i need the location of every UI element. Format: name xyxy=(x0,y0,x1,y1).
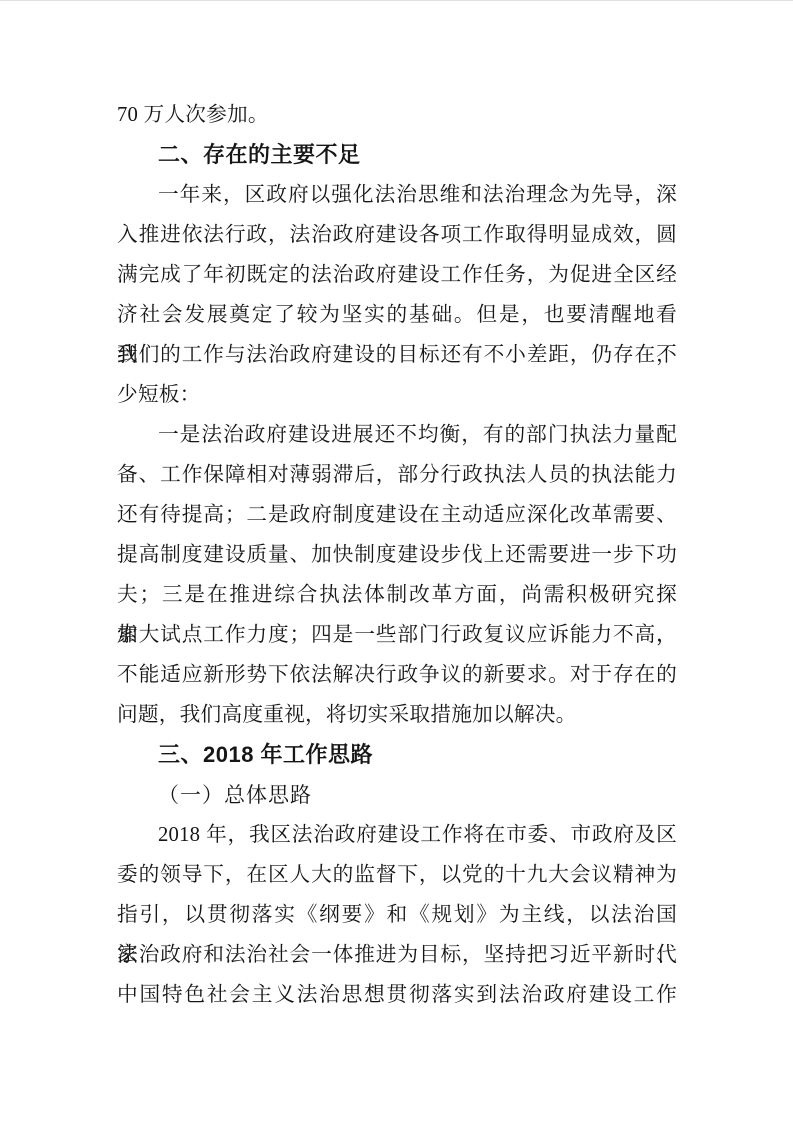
text-line: 加大试点工作力度；四是一些部门行政复议应诉能力不高， xyxy=(117,615,677,655)
text-line: 委的领导下，在区人大的监督下，以党的十九大会议精神为 xyxy=(117,855,677,895)
text-line: 我们的工作与法治政府建设的目标还有不小差距，仍存在不 xyxy=(117,335,677,375)
text-line: 一是法治政府建设进展还不均衡，有的部门执法力量配 xyxy=(117,415,677,455)
subsection-heading: （一）总体思路 xyxy=(117,775,677,815)
section-heading-3: 三、2018 年工作思路 xyxy=(117,735,677,775)
text-line: 问题，我们高度重视，将切实采取措施加以解决。 xyxy=(117,695,677,735)
document-page: 70 万人次参加。 二、存在的主要不足 一年来，区政府以强化法治思维和法治理念为… xyxy=(0,0,793,1122)
text-line: 2018 年，我区法治政府建设工作将在市委、市政府及区 xyxy=(117,815,677,855)
text-line: 中国特色社会主义法治思想贯彻落实到法治政府建设工作 xyxy=(117,975,677,1015)
text-line: 备、工作保障相对薄弱滞后，部分行政执法人员的执法能力 xyxy=(117,455,677,495)
paragraph-continuation-line: 70 万人次参加。 xyxy=(117,95,677,135)
page-top-edge xyxy=(0,0,793,1)
text-line: 一年来，区政府以强化法治思维和法治理念为先导，深 xyxy=(117,175,677,215)
text-line: 少短板： xyxy=(117,375,677,415)
text-line: 还有待提高；二是政府制度建设在主动适应深化改革需要、 xyxy=(117,495,677,535)
text-line: 济社会发展奠定了较为坚实的基础。但是，也要清醒地看到， xyxy=(117,295,677,335)
text-line: 不能适应新形势下依法解决行政争议的新要求。对于存在的 xyxy=(117,655,677,695)
text-line: 入推进依法行政，法治政府建设各项工作取得明显成效，圆 xyxy=(117,215,677,255)
section-heading-2: 二、存在的主要不足 xyxy=(117,135,677,175)
text-line: 满完成了年初既定的法治政府建设工作任务，为促进全区经 xyxy=(117,255,677,295)
text-line: 指引，以贯彻落实《纲要》和《规划》为主线，以法治国家、 xyxy=(117,895,677,935)
document-text-block: 70 万人次参加。 二、存在的主要不足 一年来，区政府以强化法治思维和法治理念为… xyxy=(117,95,677,1015)
text-line: 提高制度建设质量、加快制度建设步伐上还需要进一步下功 xyxy=(117,535,677,575)
text-line: 夫；三是在推进综合执法体制改革方面，尚需积极研究探索， xyxy=(117,575,677,615)
text-line: 法治政府和法治社会一体推进为目标，坚持把习近平新时代 xyxy=(117,935,677,975)
